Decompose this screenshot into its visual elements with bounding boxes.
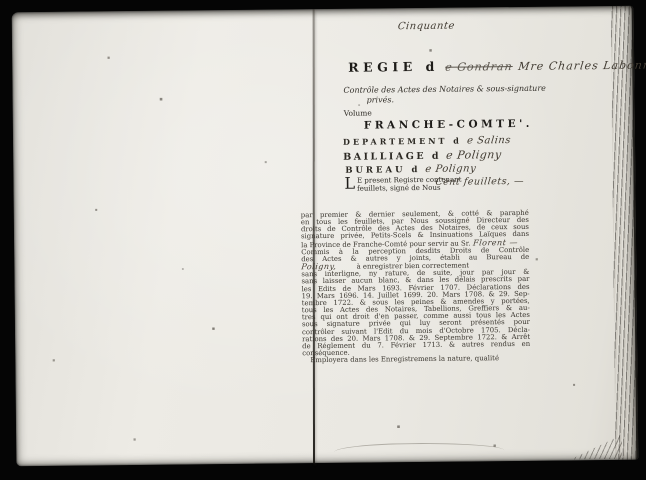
corner-curl-texture [570,435,622,460]
handwritten-commis-name: Florent — [472,239,518,246]
regie-struck-handwriting: e Gondran [444,60,513,74]
subtitle-line-1: Contrôle des Actes des Notaires & sous-s… [343,84,545,95]
bailliage-line: BAILLIAGE de Poligny [343,148,501,163]
bailliage-handwritten: e Poligny [445,148,502,162]
volume-label: Volume [344,109,372,118]
body-paragraph: par premier & dernier seulement, & cotté… [301,210,531,365]
handwritten-bureau-name: Poligny, [301,263,337,270]
departement-handwritten: e Salins [466,135,511,146]
bailliage-printed-label: BAILLIAGE d [343,151,441,163]
departement-line: DEPARTEMENT de Salins [343,135,511,148]
page-edge-texture [611,6,639,460]
bureau-printed-label: BUREAU d [345,165,420,176]
dust-specks [12,12,13,13]
regie-handwritten-name: Mre Charles Labonne [518,58,646,72]
departement-printed-label: DEPARTEMENT d [343,136,462,147]
bureau-line: BUREAU de Poligny [345,163,476,175]
paper-scratch [334,442,504,453]
folio-annotation: Cinquante [397,21,455,33]
dropcap-letter: L [344,177,355,191]
regie-printed-label: REGIE d [348,59,439,75]
bureau-handwritten: e Poligny [425,163,477,175]
regie-heading: REGIE de GondranMre Charles Labonne [348,56,646,74]
handwritten-folio-count: Cent feuillets, — [435,176,525,188]
subtitle-line-2: privés. [367,95,394,104]
paragraph-final-line: Employera dans les Enregistremens la nat… [302,355,530,365]
scanned-register-page: Cinquante REGIE de GondranMre Charles La… [12,6,639,466]
province-heading: FRANCHE-COMTE'. [364,118,533,132]
